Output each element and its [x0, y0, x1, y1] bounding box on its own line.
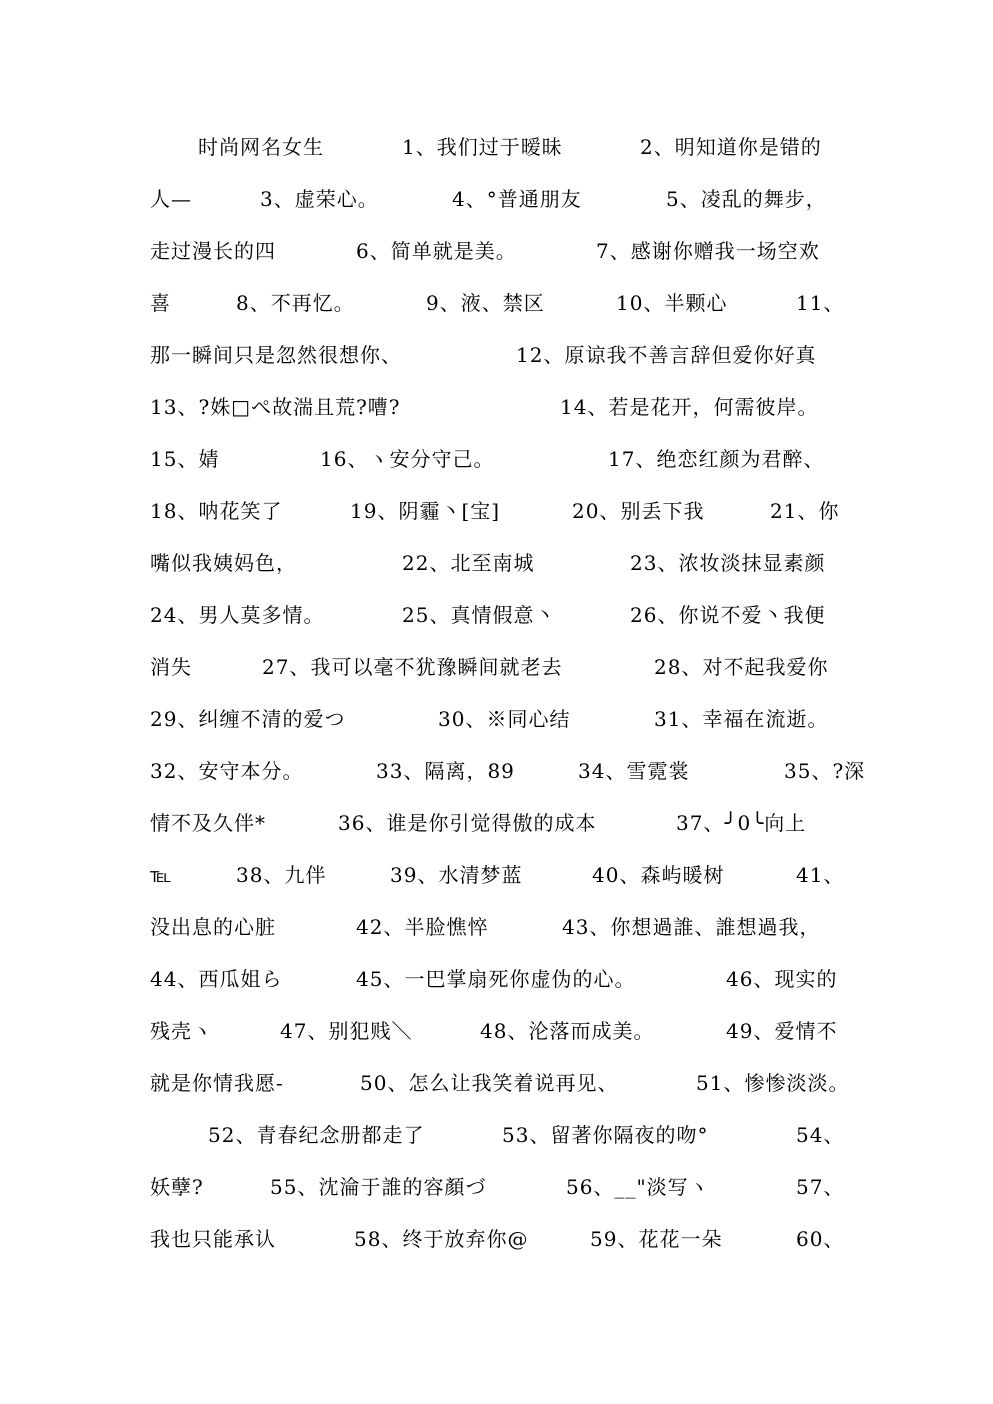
nickname-entry: 57、 [796, 1172, 844, 1202]
nickname-entry: 54、 [796, 1120, 844, 1150]
nickname-entry: 2、明知道你是错的 [640, 132, 822, 162]
text-line: 人—3、虚荣心。4、°普通朋友5、凌乱的舞步， [150, 184, 850, 214]
nickname-entry: 1、我们过于暧昧 [402, 132, 563, 162]
nickname-entry: 50、怎么让我笑着说再见、 [360, 1068, 618, 1098]
nickname-entry: 14、若是花开，何需彼岸。 [560, 392, 818, 422]
nickname-entry: 44、西瓜姐ら [150, 964, 282, 994]
nickname-entry: 8、不再忆。 [236, 288, 355, 318]
nickname-entry: 34、雪霓裳 [578, 756, 689, 786]
nickname-entry: 27、我可以毫不犹豫瞬间就老去 [262, 652, 562, 682]
nickname-entry: 60、 [796, 1224, 844, 1254]
text-line: 喜8、不再忆。9、液、禁区10、半颗心11、 [150, 288, 850, 318]
nickname-entry: 19、阴霾丶[宝] [350, 496, 500, 526]
nickname-entry: 5、凌乱的舞步， [666, 184, 827, 214]
text-line: 24、男人莫多情。25、真情假意丶26、你说不爱丶我便 [150, 600, 850, 630]
nickname-entry: 消失 [150, 652, 192, 682]
nickname-entry: 6、简单就是美。 [356, 236, 517, 266]
nickname-entry: 就是你情我愿- [150, 1068, 284, 1098]
nickname-entry: 我也只能承认 [150, 1224, 276, 1254]
text-line: 嘴似我姨妈色，22、北至南城23、浓妆淡抹显素颜 [150, 548, 850, 578]
nickname-entry: 53、留著你隔夜的吻° [502, 1120, 708, 1150]
text-line: 就是你情我愿-50、怎么让我笑着说再见、51、惨惨淡淡。 [150, 1068, 850, 1098]
nickname-entry: 时尚网名女生 [198, 132, 324, 162]
nickname-entry: 30、※同心结 [438, 704, 570, 734]
nickname-entry: 走过漫长的四 [150, 236, 276, 266]
nickname-entry: 33、隔离，89 [376, 756, 515, 786]
text-line: 时尚网名女生1、我们过于暧昧2、明知道你是错的 [150, 132, 850, 162]
nickname-entry: 18、呐花笑了 [150, 496, 282, 526]
nickname-entry: 28、对不起我爱你 [654, 652, 828, 682]
nickname-entry: 11、 [796, 288, 844, 318]
nickname-entry: 35、?深 [784, 756, 865, 786]
nickname-entry: 情不及久伴* [150, 808, 266, 838]
text-line: 44、西瓜姐ら45、一巴掌扇死你虚伪的心。46、现实的 [150, 964, 850, 994]
nickname-entry: 36、谁是你引觉得傲的成本 [338, 808, 596, 838]
nickname-entry: 25、真情假意丶 [402, 600, 555, 630]
text-line: 我也只能承认58、终于放弃你@59、花花一朵60、 [150, 1224, 850, 1254]
nickname-entry: 22、北至南城 [402, 548, 534, 578]
text-line: 32、安守本分。33、隔离，8934、雪霓裳35、?深 [150, 756, 850, 786]
nickname-entry: 16、ヽ安分守己。 [320, 444, 494, 474]
text-line: 残壳ヽ47、别犯贱＼48、沦落而成美。49、爱情不 [150, 1016, 850, 1046]
nickname-entry: 21、你 [770, 496, 839, 526]
nickname-entry: 20、别丢下我 [572, 496, 704, 526]
nickname-entry: 41、 [796, 860, 844, 890]
nickname-entry: 17、绝恋红颜为君醉、 [608, 444, 824, 474]
text-line: 情不及久伴*36、谁是你引觉得傲的成本37、╯0╰向上 [150, 808, 850, 838]
nickname-entry: 15、婧 [150, 444, 219, 474]
document-page: 时尚网名女生1、我们过于暧昧2、明知道你是错的人—3、虚荣心。4、°普通朋友5、… [0, 0, 993, 1404]
nickname-entry: 55、沈淪于誰的容顏づ [270, 1172, 486, 1202]
text-line: ℡38、九伴39、水清梦蓝40、森屿暖树41、 [150, 860, 850, 890]
nickname-entry: 3、虚荣心。 [260, 184, 379, 214]
nickname-entry: 妖孽? [150, 1172, 204, 1202]
nickname-entry: 23、浓妆淡抹显素颜 [630, 548, 825, 578]
nickname-entry: 49、爱情不 [726, 1016, 837, 1046]
text-line: 29、纠缠不清的爱つ30、※同心结31、幸福在流逝。 [150, 704, 850, 734]
nickname-entry: 47、别犯贱＼ [280, 1016, 412, 1046]
nickname-entry: 那一瞬间只是忽然很想你、 [150, 340, 402, 370]
text-line: 18、呐花笑了19、阴霾丶[宝]20、别丢下我21、你 [150, 496, 850, 526]
nickname-entry: 42、半脸憔悴 [356, 912, 488, 942]
text-line: 走过漫长的四6、简单就是美。7、感谢你赠我一场空欢 [150, 236, 850, 266]
nickname-entry: 51、惨惨淡淡。 [696, 1068, 849, 1098]
nickname-entry: 没出息的心脏 [150, 912, 276, 942]
text-line: 52、青春纪念册都走了53、留著你隔夜的吻°54、 [150, 1120, 850, 1150]
nickname-entry: 人— [150, 184, 192, 214]
nickname-entry: 9、液、禁区 [426, 288, 545, 318]
nickname-entry: 39、水清梦蓝 [390, 860, 522, 890]
nickname-entry: 59、花花一朵 [590, 1224, 722, 1254]
nickname-entry: 48、沦落而成美。 [480, 1016, 654, 1046]
nickname-entry: 10、半颗心 [616, 288, 727, 318]
nickname-entry: 残壳ヽ [150, 1016, 213, 1046]
text-line: 那一瞬间只是忽然很想你、12、原谅我不善言辞但爱你好真 [150, 340, 850, 370]
text-line: 15、婧16、ヽ安分守己。17、绝恋红颜为君醉、 [150, 444, 850, 474]
nickname-entry: ℡ [150, 860, 172, 890]
nickname-entry: 13、?姝□ぺ故湍且荒?嘈? [150, 392, 401, 422]
text-line: 13、?姝□ぺ故湍且荒?嘈?14、若是花开，何需彼岸。 [150, 392, 850, 422]
text-line: 消失27、我可以毫不犹豫瞬间就老去28、对不起我爱你 [150, 652, 850, 682]
nickname-entry: 56、__"淡写ヽ [566, 1172, 710, 1202]
nickname-entry: 嘴似我姨妈色， [150, 548, 297, 578]
nickname-entry: 38、九伴 [236, 860, 326, 890]
nickname-entry: 40、森屿暖树 [592, 860, 724, 890]
text-line: 妖孽?55、沈淪于誰的容顏づ56、__"淡写ヽ57、 [150, 1172, 850, 1202]
nickname-entry: 24、男人莫多情。 [150, 600, 324, 630]
nickname-entry: 7、感谢你赠我一场空欢 [596, 236, 820, 266]
nickname-entry: 46、现实的 [726, 964, 837, 994]
nickname-entry: 12、原谅我不善言辞但爱你好真 [516, 340, 816, 370]
nickname-entry: 29、纠缠不清的爱つ [150, 704, 345, 734]
nickname-entry: 45、一巴掌扇死你虚伪的心。 [356, 964, 635, 994]
text-line: 没出息的心脏42、半脸憔悴43、你想過誰、誰想過我， [150, 912, 850, 942]
nickname-entry: 26、你说不爱丶我便 [630, 600, 825, 630]
nickname-entry: 37、╯0╰向上 [676, 808, 806, 838]
nickname-entry: 52、青春纪念册都走了 [208, 1120, 424, 1150]
nickname-entry: 58、终于放弃你@ [354, 1224, 528, 1254]
nickname-entry: 喜 [150, 288, 171, 318]
nickname-entry: 32、安守本分。 [150, 756, 303, 786]
nickname-entry: 31、幸福在流逝。 [654, 704, 828, 734]
nickname-entry: 4、°普通朋友 [452, 184, 582, 214]
nickname-entry: 43、你想過誰、誰想過我， [562, 912, 820, 942]
